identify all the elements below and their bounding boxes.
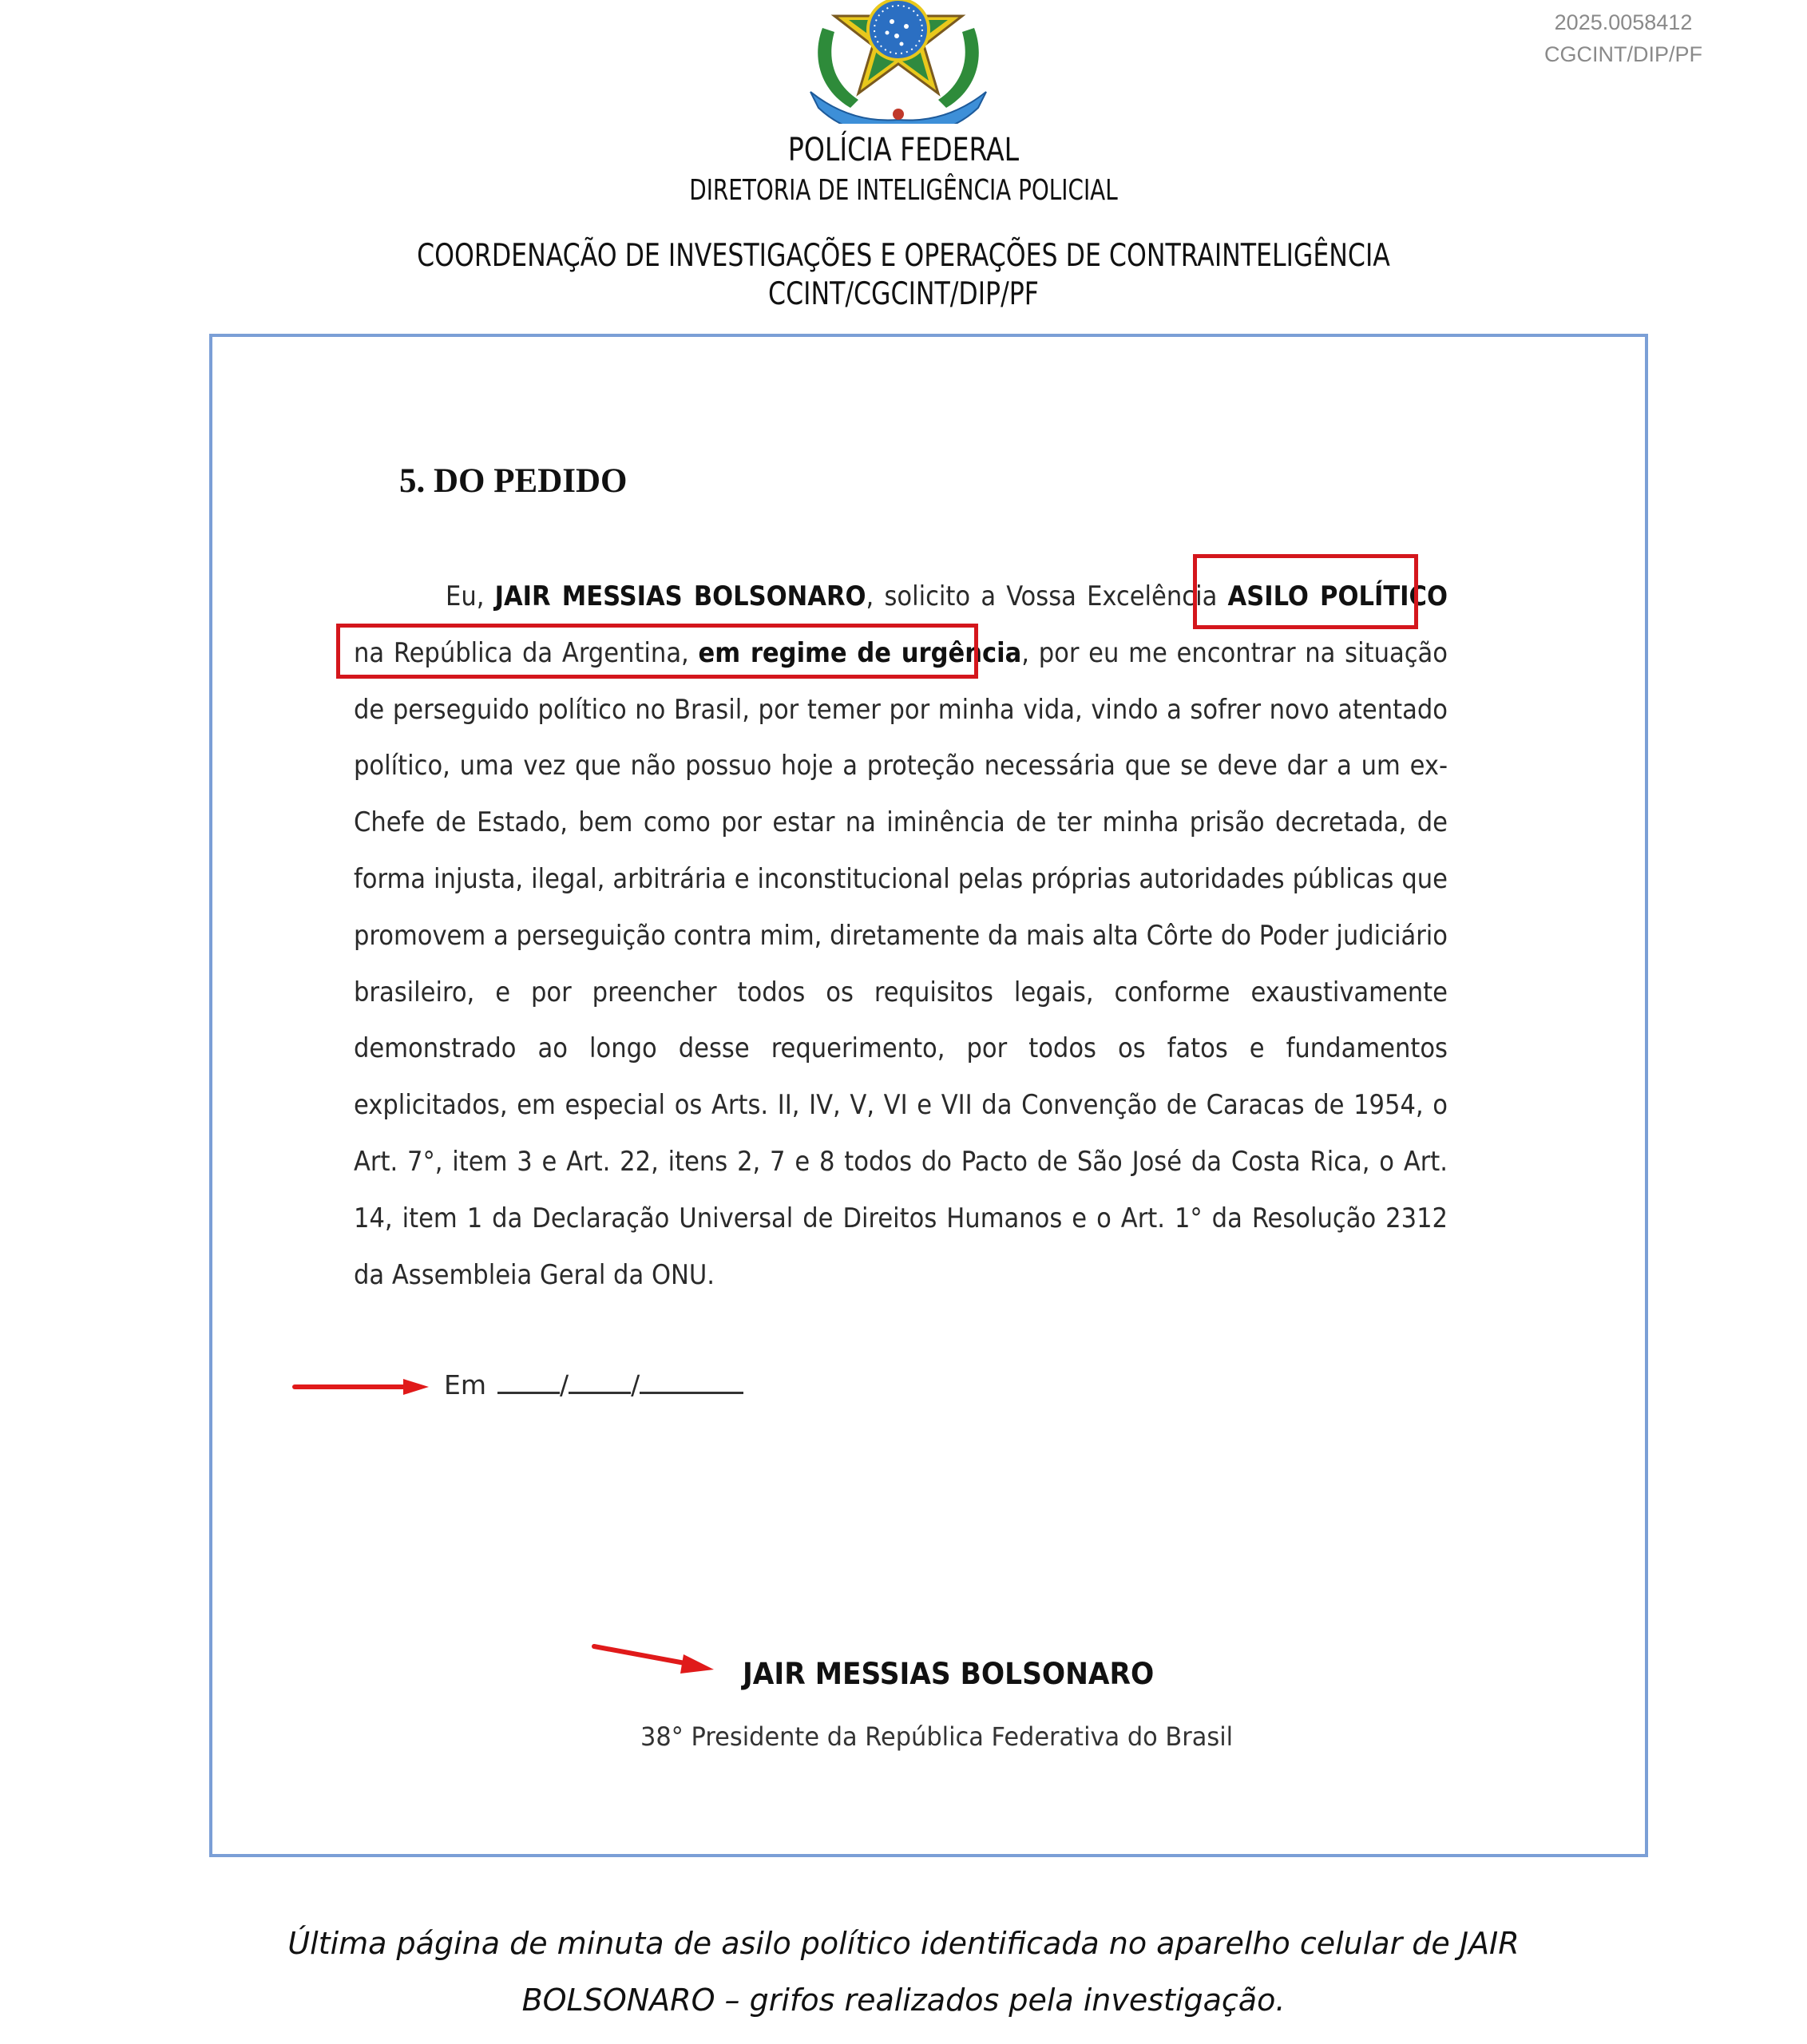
highlight-box-asylum — [1193, 554, 1418, 629]
highlight-box-argentina-urgency — [336, 624, 978, 679]
date-year-blank — [640, 1369, 743, 1394]
reference-number: 2025.0058412 — [1504, 6, 1743, 38]
signature-title: 38° Presidente da República Federativa d… — [640, 1721, 1233, 1752]
coat-of-arms-icon — [798, 0, 998, 124]
paragraph-text: , por eu me encontrar na situação de per… — [354, 637, 1448, 1291]
request-paragraph: Eu, JAIR MESSIAS BOLSONARO, solicito a V… — [354, 568, 1448, 1303]
section-title: 5. DO PEDIDO — [399, 461, 627, 501]
reference-unit: CGCINT/DIP/PF — [1504, 38, 1743, 70]
date-day-blank — [497, 1369, 560, 1394]
figure-caption-line-2: BOLSONARO – grifos realizados pela inves… — [0, 1983, 1807, 2018]
date-label: Em — [444, 1369, 486, 1400]
header-coordination: COORDENAÇÃO DE INVESTIGAÇÕES E OPERAÇÕES… — [90, 238, 1717, 274]
date-separator: / — [631, 1369, 640, 1400]
date-field: Em// — [444, 1369, 743, 1400]
signature-name: JAIR MESSIAS BOLSONARO — [743, 1657, 1154, 1691]
paragraph-text: Eu, — [446, 580, 495, 612]
paragraph-text: , solicito a Vossa Excelência — [866, 580, 1228, 612]
requester-name: JAIR MESSIAS BOLSONARO — [495, 580, 866, 612]
reference-block: 2025.0058412 CGCINT/DIP/PF — [1504, 6, 1743, 70]
signature-arrow-icon — [589, 1640, 717, 1680]
header-agency: POLÍCIA FEDERAL — [73, 132, 1735, 168]
date-arrow-icon — [291, 1375, 431, 1399]
date-separator: / — [560, 1369, 569, 1400]
header-directorate: DIRETORIA DE INTELIGÊNCIA POLICIAL — [126, 174, 1680, 207]
header-unit-code: CCINT/CGCINT/DIP/PF — [90, 276, 1717, 312]
figure-caption-line-1: Última página de minuta de asilo polític… — [0, 1926, 1807, 1961]
date-month-blank — [569, 1369, 631, 1394]
